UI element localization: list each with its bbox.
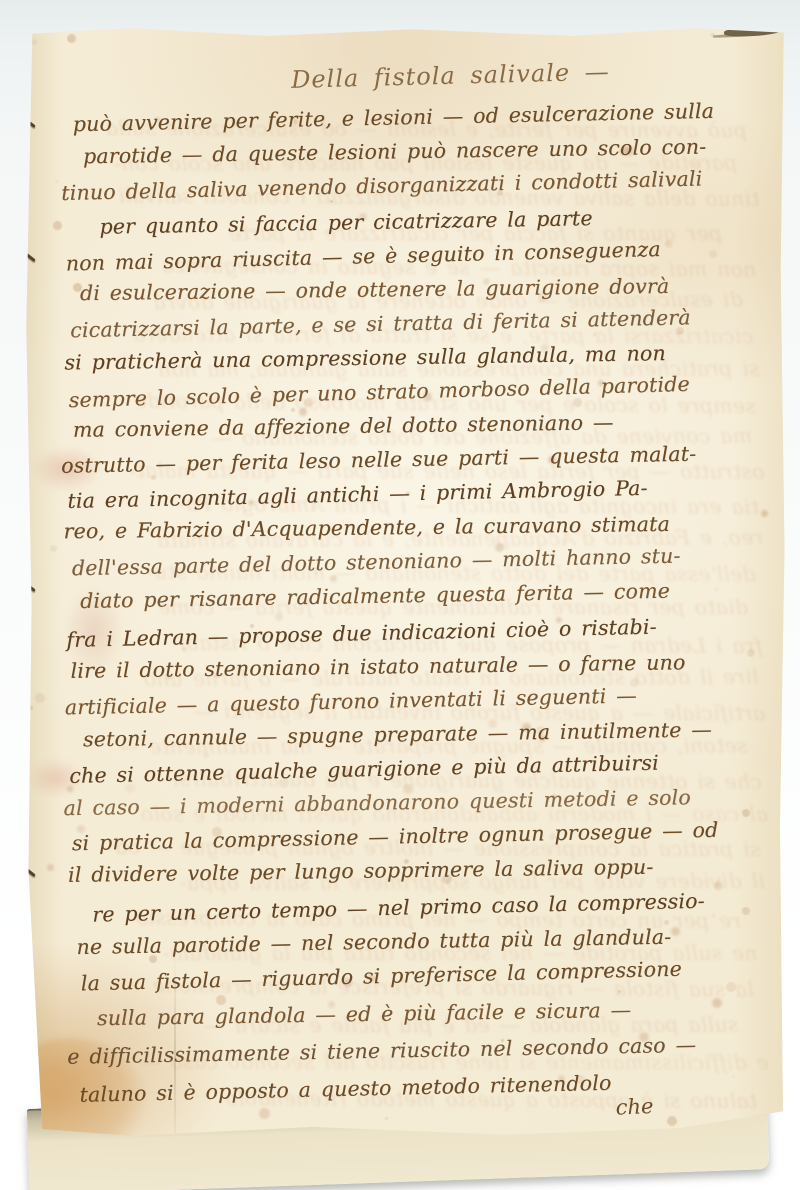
torn-edge-mark <box>724 25 782 37</box>
binding-stitch-icon <box>25 253 36 262</box>
handwritten-text-block: Della fistola salivale — può avvenire pe… <box>54 46 774 1133</box>
page-title: Della fistola salivale — <box>174 55 727 97</box>
binding-stitch-icon <box>25 119 36 128</box>
binding-stitch-icon <box>25 868 36 877</box>
manuscript-page: può avvenire per ferite, e lesioni — od … <box>24 26 786 1138</box>
manuscript-lines: può avvenire per ferite, e lesioni — od … <box>55 98 774 1107</box>
binding-stitch-icon <box>25 583 36 592</box>
scanned-manuscript: può avvenire per ferite, e lesioni — od … <box>0 0 800 1190</box>
